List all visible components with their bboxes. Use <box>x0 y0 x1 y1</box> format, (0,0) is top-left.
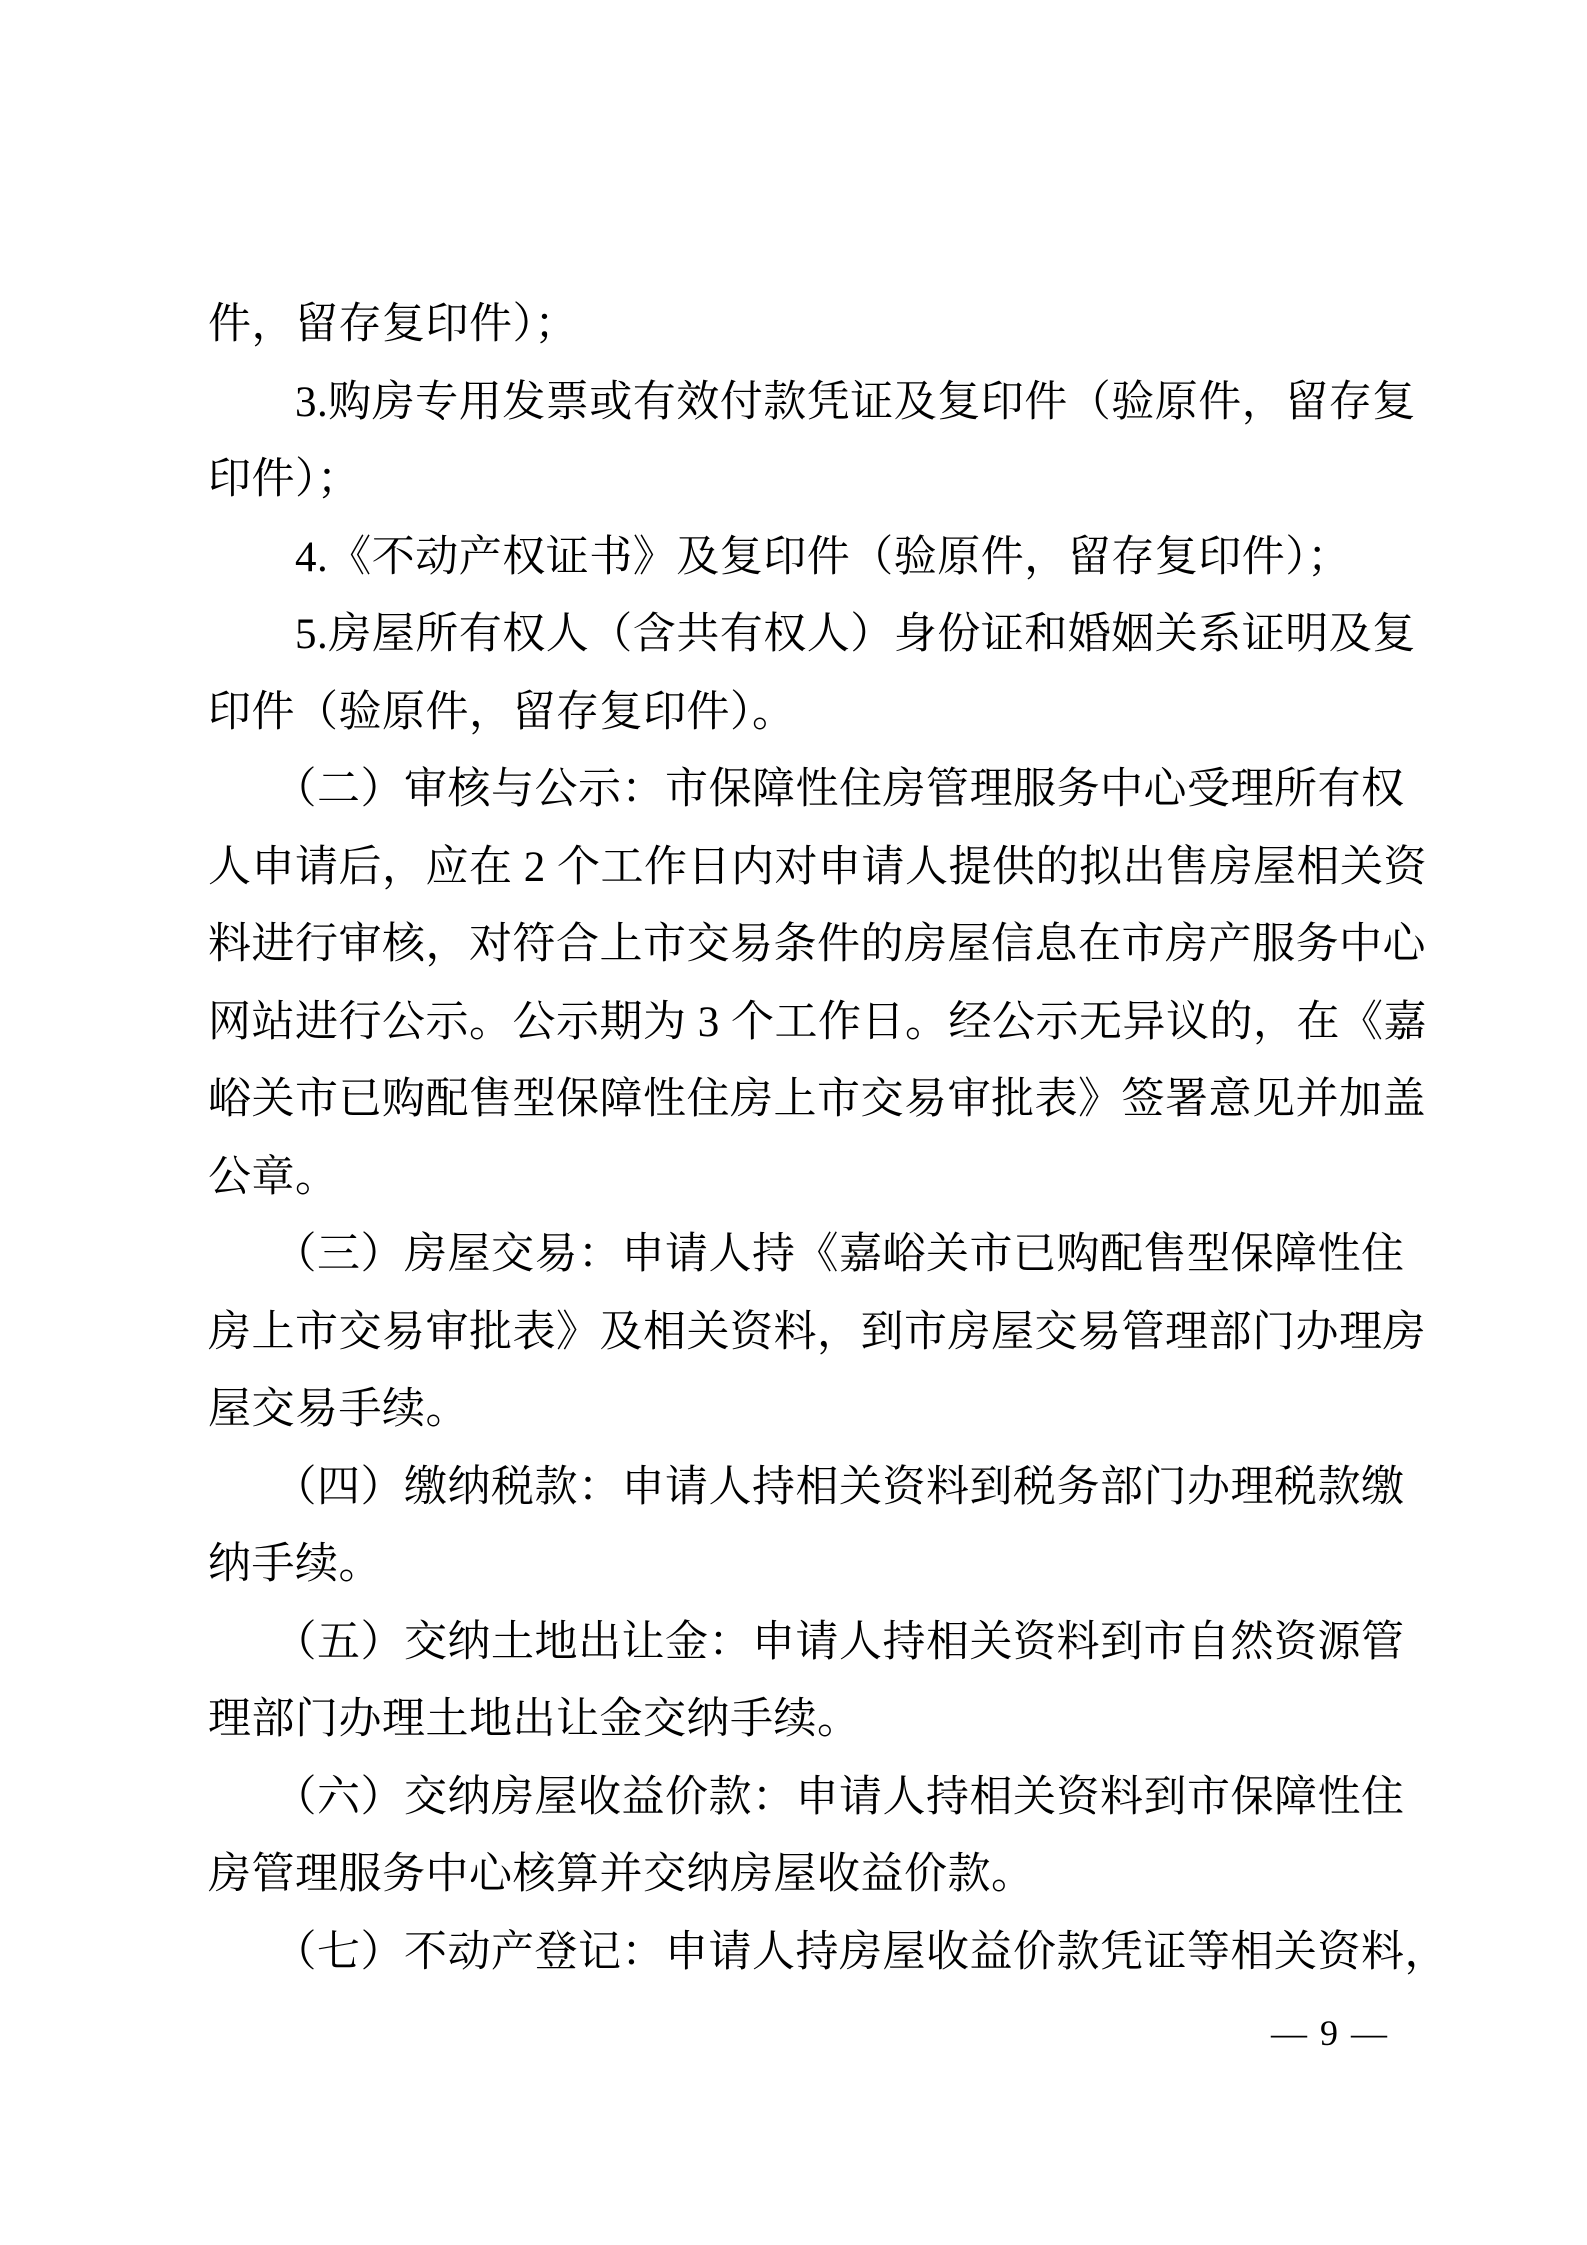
text-line: 4.《不动产权证书》及复印件（验原件，留存复印件）； <box>208 519 1423 597</box>
text-line: 理部门办理土地出让金交纳手续。 <box>208 1681 1423 1759</box>
text-line: 房上市交易审批表》及相关资料，到市房屋交易管理部门办理房 <box>208 1294 1423 1372</box>
text-line: 公章。 <box>208 1139 1423 1217</box>
text-line: 3.购房专用发票或有效付款凭证及复印件（验原件，留存复 <box>208 364 1423 442</box>
page-number: — 9 — <box>1271 2008 1389 2058</box>
text-line: 人申请后，应在 2 个工作日内对申请人提供的拟出售房屋相关资 <box>208 829 1423 907</box>
text-line: （四）缴纳税款：申请人持相关资料到税务部门办理税款缴 <box>208 1449 1423 1527</box>
text-line: 印件（验原件，留存复印件）。 <box>208 674 1423 752</box>
text-line: （三）房屋交易：申请人持《嘉峪关市已购配售型保障性住 <box>208 1216 1423 1294</box>
text-line: 件，留存复印件）； <box>208 286 1423 364</box>
text-line: 料进行审核，对符合上市交易条件的房屋信息在市房产服务中心 <box>208 906 1423 984</box>
text-line: 印件）； <box>208 441 1423 519</box>
document-page: 件，留存复印件）； 3.购房专用发票或有效付款凭证及复印件（验原件，留存复印件）… <box>0 0 1587 2245</box>
text-line: 峪关市已购配售型保障性住房上市交易审批表》签署意见并加盖 <box>208 1061 1423 1139</box>
text-line: 纳手续。 <box>208 1526 1423 1604</box>
document-body: 件，留存复印件）； 3.购房专用发票或有效付款凭证及复印件（验原件，留存复印件）… <box>208 286 1423 1991</box>
text-line: 屋交易手续。 <box>208 1371 1423 1449</box>
text-line: （六）交纳房屋收益价款：申请人持相关资料到市保障性住 <box>208 1759 1423 1837</box>
text-line: 5.房屋所有权人（含共有权人）身份证和婚姻关系证明及复 <box>208 596 1423 674</box>
text-line: （五）交纳土地出让金：申请人持相关资料到市自然资源管 <box>208 1604 1423 1682</box>
text-line: （七）不动产登记：申请人持房屋收益价款凭证等相关资料， <box>208 1914 1423 1992</box>
text-line: 网站进行公示。公示期为 3 个工作日。经公示无异议的，在《嘉 <box>208 984 1423 1062</box>
text-line: （二）审核与公示：市保障性住房管理服务中心受理所有权 <box>208 751 1423 829</box>
text-line: 房管理服务中心核算并交纳房屋收益价款。 <box>208 1836 1423 1914</box>
